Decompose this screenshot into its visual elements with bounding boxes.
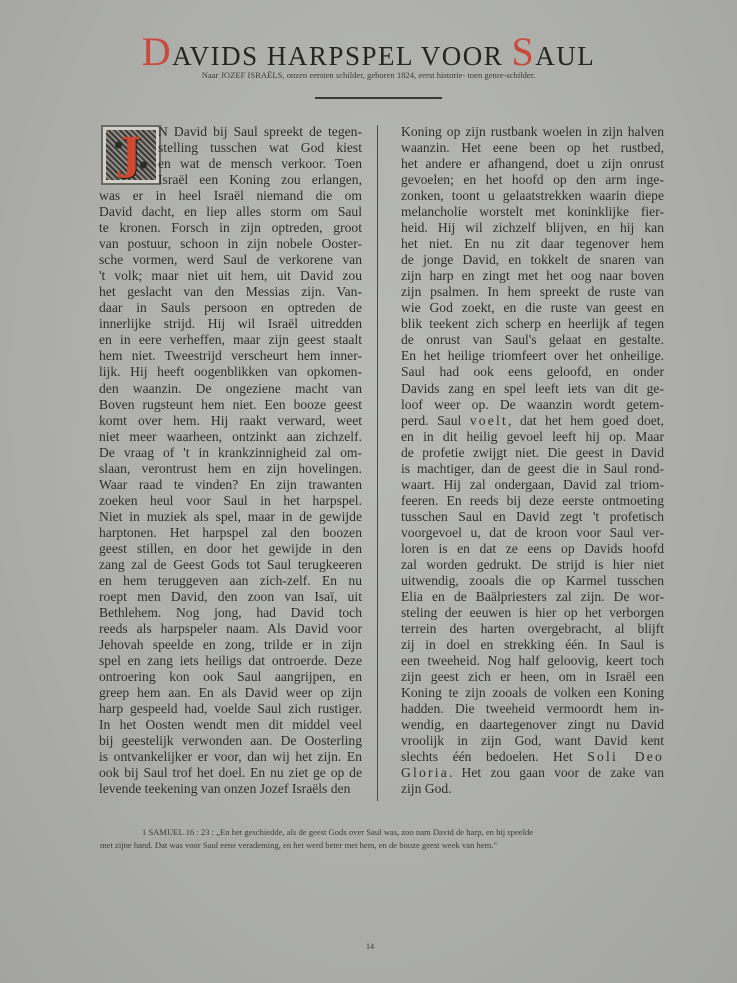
text-line: slechts één bedoelen. Het Soli Deo — [401, 749, 664, 765]
text-line: perd. Saul voelt, dat het hem goed doet, — [401, 413, 664, 429]
text-line: het geslacht van den Messias zijn. Van- — [99, 284, 362, 300]
title-text-2: AUL — [535, 41, 595, 71]
text-line: reeds als harpspeler naam. Als David voo… — [99, 621, 362, 637]
column-divider — [377, 125, 378, 801]
text-line: zal worden gedrukt. De strijd is hier ni… — [401, 557, 664, 573]
text-line: greep hem aan. En als David weer op zijn — [99, 685, 362, 701]
emphasis: Gloria — [401, 765, 449, 780]
text-line: blik teekent zich scherp en heerlijk af … — [401, 316, 664, 332]
title-rule — [315, 97, 442, 99]
text-line: komt over hem. Hij raakt verward, weet — [99, 413, 362, 429]
text-line: was er in heel Israël niemand die om — [99, 188, 362, 204]
text-line: daar in Sauls persoon en optreden de — [99, 300, 362, 316]
text-line: voorgevoel u, dat de kroon voor Saul ver… — [401, 525, 664, 541]
text-line: Bethlehem. Nog jong, had David toch — [99, 605, 362, 621]
text-line: te kronen. Forsch in zijn optreden, groo… — [99, 220, 362, 236]
text-line: zonken, toont u gelaatstrekken waarin di… — [401, 188, 664, 204]
text-line: heid. Hij wil zichzelf blijven, en hij k… — [401, 220, 664, 236]
footnote-line-2: met zijne hand. Dat was voor Saul eene v… — [100, 839, 666, 852]
text-line: Gloria. Het zou gaan voor de zake van — [401, 765, 664, 781]
text-line: Elia en de Baälpriesters zal zijn. De wo… — [401, 589, 664, 605]
text-line: de profetie zwijgt niet. Die geest in Da… — [401, 445, 664, 461]
text-line: zij in doel en strekking één. In Saul is — [401, 637, 664, 653]
text-line: De vraag of 't in krankzinnigheid zal om… — [99, 445, 362, 461]
text-line: zang zal de Geest Gods tot Saul terugkee… — [99, 557, 362, 573]
emphasis: Soli Deo — [587, 749, 664, 764]
page-title: DAVIDS HARPSPEL VOOR SAUL — [0, 28, 737, 75]
text-line: sche vormen, werd Saul de verkorene van — [99, 252, 362, 268]
text-line: is ontvankelijker er voor, dan wij het z… — [99, 749, 362, 765]
text-line: tusschen Saul en David zegt 't profetisc… — [401, 509, 664, 525]
text-line: waart. Hij zal ondergaan, David zal trio… — [401, 477, 664, 493]
text-line: steling der eeuwen is hier op het verbor… — [401, 605, 664, 621]
text-line: zijn psalmen. In hem spreekt de ruste va… — [401, 284, 664, 300]
text-line: vroolijk in zijn God, want David kent — [401, 733, 664, 749]
text-line: feeren. En reeds bij deze eerste ontmoet… — [401, 493, 664, 509]
text-line: zoeken heul voor Saul in het harpspel. — [99, 493, 362, 509]
text-line: niet meer waarheen, ontzinkt aan zichzel… — [99, 429, 362, 445]
text-line: zijn harp en zingt met het oog naar bove… — [401, 268, 664, 284]
text-line: In het Oosten wendt men dit middel veel — [99, 717, 362, 733]
footnote-line-1: 1 SAMUEL 16 : 23 : „En het geschiedde, a… — [100, 826, 666, 839]
text-line: uitwendig, zooals die op Karmel tusschen — [401, 573, 664, 589]
text-line: en in eere verheffen, maar zijn geest st… — [99, 332, 362, 348]
text-line: de onrust van Saul's gelaat en gestalte. — [401, 332, 664, 348]
text-line: loof weer op. De waanzin wordt getem- — [401, 397, 664, 413]
right-column: Koning op zijn rustbank woelen in zijn h… — [401, 124, 664, 797]
text-line: harptonen. Het harpspel zal den boozen — [99, 525, 362, 541]
text-line: lijk. Hij heeft oogenblikken van opkomen… — [99, 364, 362, 380]
text-line: waanzin. Het eene been op het rustbed, — [401, 140, 664, 156]
text-line: is machtiger, dan de geest die in Saul r… — [401, 461, 664, 477]
text-line: bij geestelijk verwonden aan. De Oosterl… — [99, 733, 362, 749]
text-line: het andere er afhangend, doet u zijn onr… — [401, 156, 664, 172]
text-line: Saul had ook eens geloofd, en onder — [401, 364, 664, 380]
text-line: wie God zoekt, en die ruste van geest en — [401, 300, 664, 316]
text-line: Koning op zijn rustbank woelen in zijn h… — [401, 124, 664, 140]
title-initial-s: S — [511, 29, 535, 74]
text-line: van postuur, schoon in zijn nobele Ooste… — [99, 236, 362, 252]
text-line: Niet in muziek als spel, maar in de gewi… — [99, 509, 362, 525]
text-line: slaan, verontrust hem en zijn hovelingen… — [99, 461, 362, 477]
text-line: spel en zang iets heiligs dat ontroerde.… — [99, 653, 362, 669]
text-line: zijn God. — [401, 781, 664, 797]
text-line: harp gespeeld had, voelde Saul zich rust… — [99, 701, 362, 717]
text-line: zijn geest zich er heen, om in Israël ee… — [401, 669, 664, 685]
text-line: Boven rugsteunt hem niet. Een booze gees… — [99, 397, 362, 413]
text-line: gevoelen; en het hoofd op den arm inge- — [401, 172, 664, 188]
text-line: Davids zang en spel leeft iets van dit g… — [401, 381, 664, 397]
text-line: de jonge David, en tokkelt de snaren van — [401, 252, 664, 268]
text-line: hadden. Die tweeheid vermoordt hem in- — [401, 701, 664, 717]
footnote: 1 SAMUEL 16 : 23 : „En het geschiedde, a… — [100, 826, 666, 852]
text-line: loren is en dat ze eens op Davids hoofd — [401, 541, 664, 557]
text-line: ook bij Saul trof het doel. En nu ziet g… — [99, 765, 362, 781]
text-line: Koning te zijn zooals de volken een Koni… — [401, 685, 664, 701]
text-line: ontroering kon ook Saul aangrijpen, en — [99, 669, 362, 685]
subtitle: Naar JOZEF ISRAËLS, onzen eersten schild… — [0, 70, 737, 80]
text-line: den waanzin. De ongeziene macht van — [99, 381, 362, 397]
text-line: en hem teruggeven aan zich-zelf. En nu — [99, 573, 362, 589]
text-line: wendig, en daartegenover zingt nu David — [401, 717, 664, 733]
page-number: 14 — [366, 942, 374, 951]
text-line: het niet. En nu zit daar tegenover hem — [401, 236, 664, 252]
left-column: N David bij Saul spreekt de tegen-stelli… — [99, 124, 362, 797]
text-line: Israël een Koning zou erlangen, — [158, 172, 362, 188]
text-line: levende teekening van onzen Jozef Israël… — [99, 781, 362, 797]
emphasis: voelt — [470, 413, 508, 428]
text-line: melancholie worstelt met koninklijke fie… — [401, 204, 664, 220]
text-line: 't volk; maar niet uit hem, uit David zo… — [99, 268, 362, 284]
text-line: een tweeheid. Nog half geloovig, keert t… — [401, 653, 664, 669]
title-text-1: AVIDS HARPSPEL VOOR — [172, 41, 511, 71]
text-line: En het heilige triomfeert over het onhei… — [401, 348, 664, 364]
text-line: geest stillen, en door het gewijde in de… — [99, 541, 362, 557]
title-initial-d: D — [142, 29, 172, 74]
text-line: hem niet. Tweestrijd verscheurt hem inne… — [99, 348, 362, 364]
text-line: en in dit heilig gevoel leeft hij op. Ma… — [401, 429, 664, 445]
text-line: innerlijke strijd. Hij wil Israël uitred… — [99, 316, 362, 332]
text-line: Jehovah speelde en zong, trilde er in zi… — [99, 637, 362, 653]
text-line: N David bij Saul spreekt de tegen- — [158, 124, 362, 140]
text-line: David dacht, en liep alles storm om Saul — [99, 204, 362, 220]
text-line: roept men David, den zoon van Isaï, uit — [99, 589, 362, 605]
text-line: Waar raad te vinden? En zijn trawanten — [99, 477, 362, 493]
text-line: en wat de mensch verkoor. Toen — [158, 156, 362, 172]
text-line: stelling tusschen wat God kiest — [158, 140, 362, 156]
text-line: terrein des harten overgebracht, al blij… — [401, 621, 664, 637]
